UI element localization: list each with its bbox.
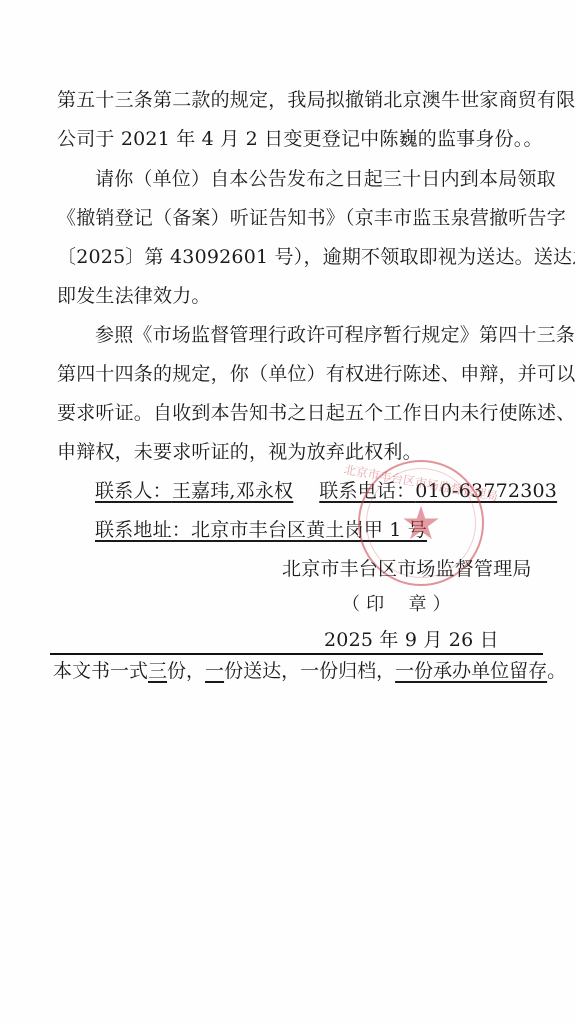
paragraph-1-line-1: 第五十三条第二款的规定，我局拟撤销北京澳牛世家商贸有限 [57, 88, 575, 112]
paragraph-2-line-1: 请你（单位）自本公告发布之日起三十日内到本局领取 [95, 167, 556, 191]
contact-address-label: 联系地址： [95, 519, 191, 541]
paragraph-2-line-3: 〔2025〕第 43092601 号），逾期不领取即视为送达。送达之日 [57, 245, 575, 269]
paragraph-2-line-4: 即发生法律效力。 [57, 284, 211, 308]
issue-date: 2025 年 9 月 26 日 [324, 628, 499, 652]
issuer-name: 北京市丰台区市场监督管理局 [282, 557, 532, 581]
seal-note: （ 印 章 ） [342, 593, 451, 617]
paragraph-3-line-1: 参照《市场监督管理行政许可程序暂行规定》第四十三条、 [95, 323, 575, 347]
paragraph-3-line-3: 要求听证。自收到本告知书之日起五个工作日内未行使陈述、 [57, 401, 575, 425]
contact-person-value: 王嘉玮,邓永权 [172, 480, 293, 502]
divider-rule [50, 653, 543, 655]
paragraph-2-line-2: 《撤销登记（备案）听证告知书》（京丰市监玉泉营撤听告字 [57, 206, 566, 230]
contact-person-label: 联系人： [95, 480, 172, 502]
footer-copies-note: 本文书一式三份，一份送达，一份归档，一份承办单位留存。 [53, 658, 566, 684]
star-icon: ★ [400, 500, 441, 546]
paragraph-3-line-4: 申辩权，未要求听证的，视为放弃此权利。 [57, 440, 422, 464]
paragraph-3-line-2: 第四十四条的规定，你（单位）有权进行陈述、申辩，并可以 [57, 362, 575, 386]
paragraph-1-line-2: 公司于 2021 年 4 月 2 日变更登记中陈巍的监事身份。。 [57, 127, 543, 151]
